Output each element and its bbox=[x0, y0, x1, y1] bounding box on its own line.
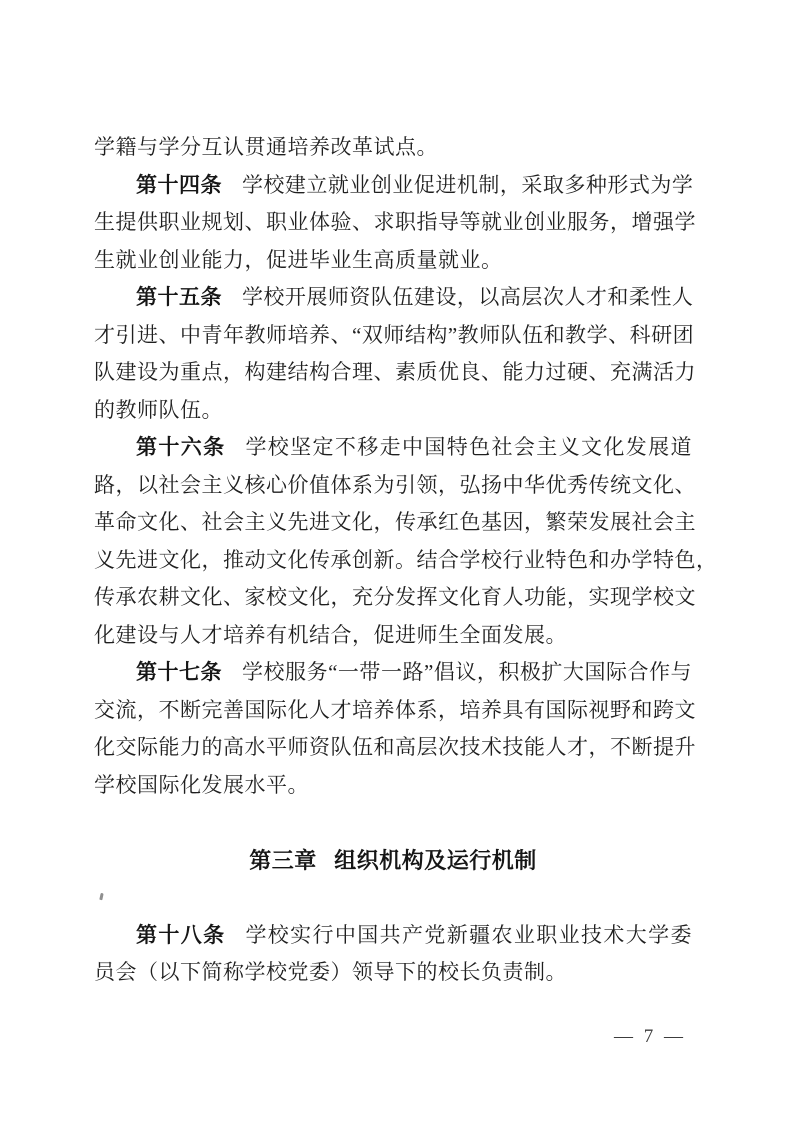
text-line: 化建设与人才培养有机结合，促进师生全面发展。 bbox=[94, 617, 692, 655]
page-number: — 7 — bbox=[614, 1026, 686, 1048]
text-line: 第十四条学校建立就业创业促进机制，采取多种形式为学 bbox=[94, 167, 692, 205]
paragraph-article-18: 第十八条学校实行中国共产党新疆农业职业技术大学委 员会（以下简称学校党委）领导下… bbox=[94, 917, 692, 992]
article-text: 学校开展师资队伍建设，以高层次人才和柔性人 bbox=[242, 285, 694, 309]
text-line: 革命文化、社会主义先进文化，传承红色基因，繁荣发展社会主 bbox=[94, 504, 692, 542]
paragraph-continuation: 学籍与学分互认贯通培养改革试点。 bbox=[94, 129, 692, 167]
text-line: 学籍与学分互认贯通培养改革试点。 bbox=[94, 129, 692, 167]
article-number-label: 第十七条 bbox=[136, 661, 222, 684]
paragraph-article-17: 第十七条学校服务“一带一路”倡议，积极扩大国际合作与 交流，不断完善国际化人才培… bbox=[94, 654, 692, 804]
text-line: 第十七条学校服务“一带一路”倡议，积极扩大国际合作与 bbox=[94, 654, 692, 692]
text-line: 生就业创业能力，促进毕业生高质量就业。 bbox=[94, 242, 692, 280]
article-number-label: 第十六条 bbox=[136, 436, 226, 459]
text-line: 路，以社会主义核心价值体系为引领，弘扬中华优秀传统文化、 bbox=[94, 467, 692, 505]
text-line: 第十五条学校开展师资队伍建设，以高层次人才和柔性人 bbox=[94, 279, 692, 317]
chapter-number: 第三章 bbox=[249, 848, 317, 873]
text-line: 队建设为重点，构建结构合理、素质优良、能力过硬、充满活力 bbox=[94, 354, 692, 392]
chapter-title: 组织机构及运行机制 bbox=[334, 848, 537, 873]
text-line: 生提供职业规划、职业体验、求职指导等就业创业服务，增强学 bbox=[94, 204, 692, 242]
text-line: 交流，不断完善国际化人才培养体系，培养具有国际视野和跨文 bbox=[94, 692, 692, 730]
text-line: 的教师队伍。 bbox=[94, 392, 692, 430]
text-line: 义先进文化，推动文化传承创新。结合学校行业特色和办学特色， bbox=[94, 542, 692, 580]
chapter-heading: 第三章组织机构及运行机制 bbox=[94, 842, 692, 880]
text-line: 员会（以下简称学校党委）领导下的校长负责制。 bbox=[94, 954, 692, 992]
document-body: 学籍与学分互认贯通培养改革试点。 第十四条学校建立就业创业促进机制，采取多种形式… bbox=[94, 129, 692, 992]
article-text: 学校建立就业创业促进机制，采取多种形式为学 bbox=[242, 173, 694, 197]
paragraph-article-14: 第十四条学校建立就业创业促进机制，采取多种形式为学 生提供职业规划、职业体验、求… bbox=[94, 167, 692, 280]
paragraph-article-16: 第十六条学校坚定不移走中国特色社会主义文化发展道 路，以社会主义核心价值体系为引… bbox=[94, 429, 692, 654]
text-line: 才引进、中青年教师培养、“双师结构”教师队伍和教学、科研团 bbox=[94, 317, 692, 355]
article-text: 学校坚定不移走中国特色社会主义文化发展道 bbox=[245, 435, 692, 459]
text-line: 化交际能力的高水平师资队伍和高层次技术技能人才，不断提升 bbox=[94, 729, 692, 767]
article-text: 学校实行中国共产党新疆农业职业技术大学委 bbox=[245, 923, 692, 947]
article-number-label: 第十五条 bbox=[136, 286, 222, 309]
text-line: 学校国际化发展水平。 bbox=[94, 767, 692, 805]
text-line: 第十六条学校坚定不移走中国特色社会主义文化发展道 bbox=[94, 429, 692, 467]
article-number-label: 第十四条 bbox=[136, 174, 222, 197]
paragraph-article-15: 第十五条学校开展师资队伍建设，以高层次人才和柔性人 才引进、中青年教师培养、“双… bbox=[94, 279, 692, 429]
article-number-label: 第十八条 bbox=[136, 924, 226, 947]
text-line: 第十八条学校实行中国共产党新疆农业职业技术大学委 bbox=[94, 917, 692, 955]
document-page: 学籍与学分互认贯通培养改革试点。 第十四条学校建立就业创业促进机制，采取多种形式… bbox=[0, 0, 793, 1121]
text-line: 传承农耕文化、家校文化，充分发挥文化育人功能，实现学校文 bbox=[94, 579, 692, 617]
article-text: 学校服务“一带一路”倡议，积极扩大国际合作与 bbox=[242, 660, 692, 684]
